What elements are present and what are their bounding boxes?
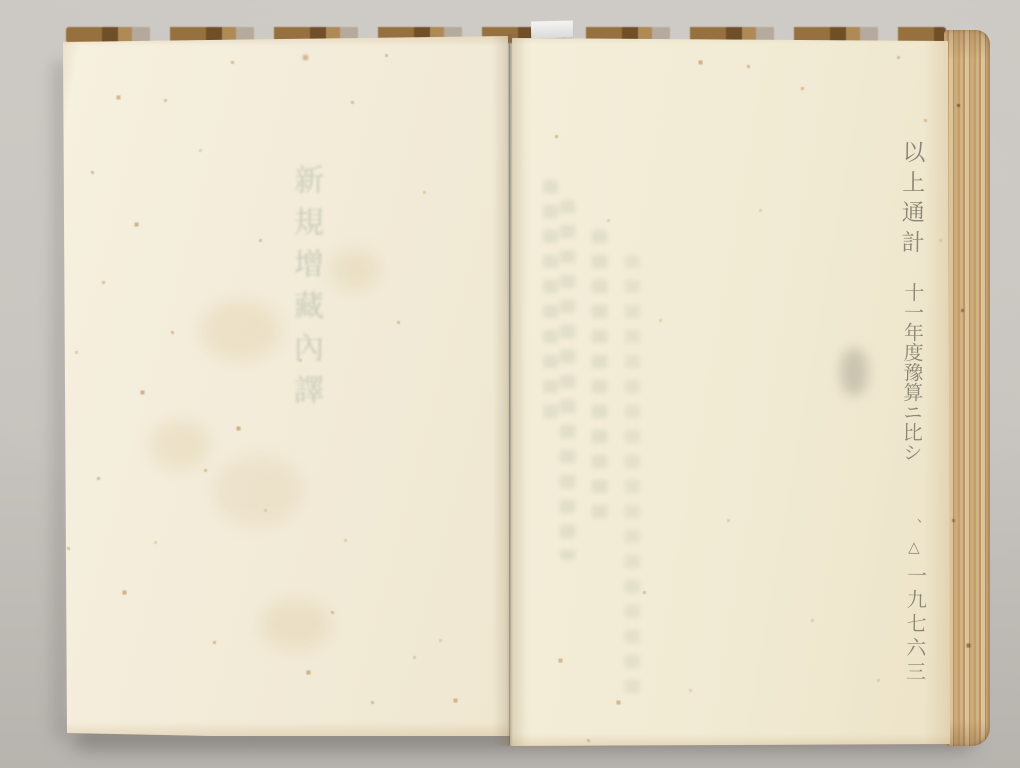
pencil-annotation-line4: 一九七六三 (900, 565, 930, 685)
fore-edge (944, 30, 990, 746)
stain (260, 600, 330, 650)
stain (213, 456, 303, 526)
bleedthrough-column (543, 180, 558, 420)
stain (330, 250, 380, 290)
bleedthrough-column (560, 200, 575, 560)
bleedthrough-column (625, 255, 640, 705)
left-page: 新規增藏內譯 (63, 36, 510, 736)
pencil-annotation-line2: 十一年度豫算ニ比シ (897, 282, 928, 462)
foxing-spots-left (63, 36, 64, 37)
gray-smudge (840, 348, 868, 396)
gutter-line (509, 36, 510, 744)
right-page: 以上通計 十一年度豫算ニ比シ 、△ 一九七六三 (510, 34, 950, 746)
stain (200, 300, 280, 360)
fore-edge-specks (944, 30, 945, 31)
book-photo: 新規增藏內譯 以上通計 十一年度豫算ニ比シ 、△ 一九七六三 (0, 0, 1020, 768)
bleedthrough-column (592, 230, 607, 520)
bleedthrough-text: 新規增藏內譯 (283, 164, 327, 416)
bookmark-tab (531, 20, 573, 38)
pencil-annotation-line3: 、△ (904, 518, 925, 561)
pencil-annotation-line1: 以上通計 (894, 140, 928, 260)
stain (150, 420, 210, 470)
